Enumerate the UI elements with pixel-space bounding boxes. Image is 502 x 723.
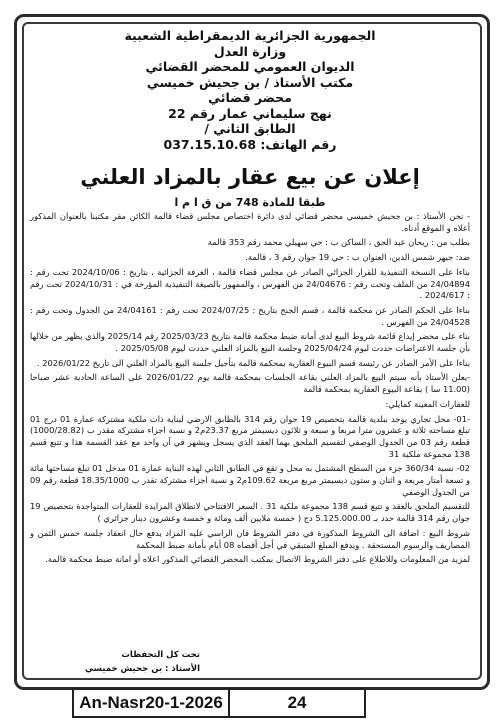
paragraph: للتقسيم الملحق بالعقد و تتبع قسم 138 مجم… <box>30 501 470 524</box>
paragraph: 02- نسبة 360/34 جزء من السطح المشتمل به … <box>30 463 470 498</box>
signature-reservation: تحت كل التحفظات <box>50 648 200 662</box>
paragraph: -01- محل تجاري يوجد ببلدية قالمة بتحصيص … <box>30 414 470 461</box>
paragraph: بناءا على الأمر الصادر عن رئيسة قسم البي… <box>30 358 470 370</box>
paragraph: بطلب من : ريحان عبد الحق ، الساكن ب : حي… <box>30 237 470 249</box>
header-line-office: الديوان العمومي للمحضر القضائي <box>30 59 470 75</box>
paragraph: شروط البيع : اضافة الى الشروط المذكورة ف… <box>30 528 470 551</box>
publication-footer: An-Nasr20-1-2026 24 <box>72 688 366 718</box>
notice-body: - نحن الأستاذ : بن جحيش خميسي محضر قضائي… <box>30 211 470 566</box>
notice-content: الجمهورية الجزائرية الديمقراطية الشعبية … <box>30 28 470 569</box>
page-number: 24 <box>230 690 364 716</box>
paragraph: بناء على محضر إيداع قائمة شروط البيع لدى… <box>30 331 470 354</box>
header-line-bailiff: مكتب الأستاذ / بن جحيش خميسي <box>30 75 470 91</box>
notice-title: إعلان عن بيع عقار بالمزاد العلني <box>30 164 470 190</box>
office-header: الجمهورية الجزائرية الديمقراطية الشعبية … <box>30 28 470 152</box>
publication-label: An-Nasr20-1-2026 <box>74 690 230 716</box>
header-line-address: نهج سليماني عمار رقم 22 <box>30 106 470 122</box>
header-line-country: الجمهورية الجزائرية الديمقراطية الشعبية <box>30 28 470 44</box>
signature-name: الأستاذ : بن جحيش خميسي <box>50 662 200 676</box>
header-line-ministry: وزارة العدل <box>30 44 470 60</box>
header-line-floor: الطابق الثاني / <box>30 121 470 137</box>
paragraph: بناءا على الحكم الصادر عن محكمة قالمة ، … <box>30 305 470 328</box>
signature-block: تحت كل التحفظات الأستاذ : بن جحيش خميسي <box>50 648 200 676</box>
paragraph: ضد: جيهر شمس الدين، العنوان ب : حي 19 جو… <box>30 252 470 264</box>
paragraph: بناءا على النسخة التنفيذية للقرار الجزائ… <box>30 267 470 302</box>
paragraph: - نحن الأستاذ : بن جحيش خميسي محضر قضائي… <box>30 211 470 234</box>
paragraph: للعقارات المعينة كمايلي: <box>30 399 470 411</box>
paragraph: -يعلن الأستاذ بأنه سيتم البيع بالمزاد ال… <box>30 372 470 395</box>
header-line-phone: رقم الهاتف: 037.15.10.68 <box>30 137 470 153</box>
paragraph: لمزيد من المعلومات وللاطلاع على دفتر الش… <box>30 554 470 566</box>
header-line-role: محضر قضائي <box>30 90 470 106</box>
notice-subtitle: طبقا للمادة 748 من ق ا م ا <box>30 196 470 209</box>
